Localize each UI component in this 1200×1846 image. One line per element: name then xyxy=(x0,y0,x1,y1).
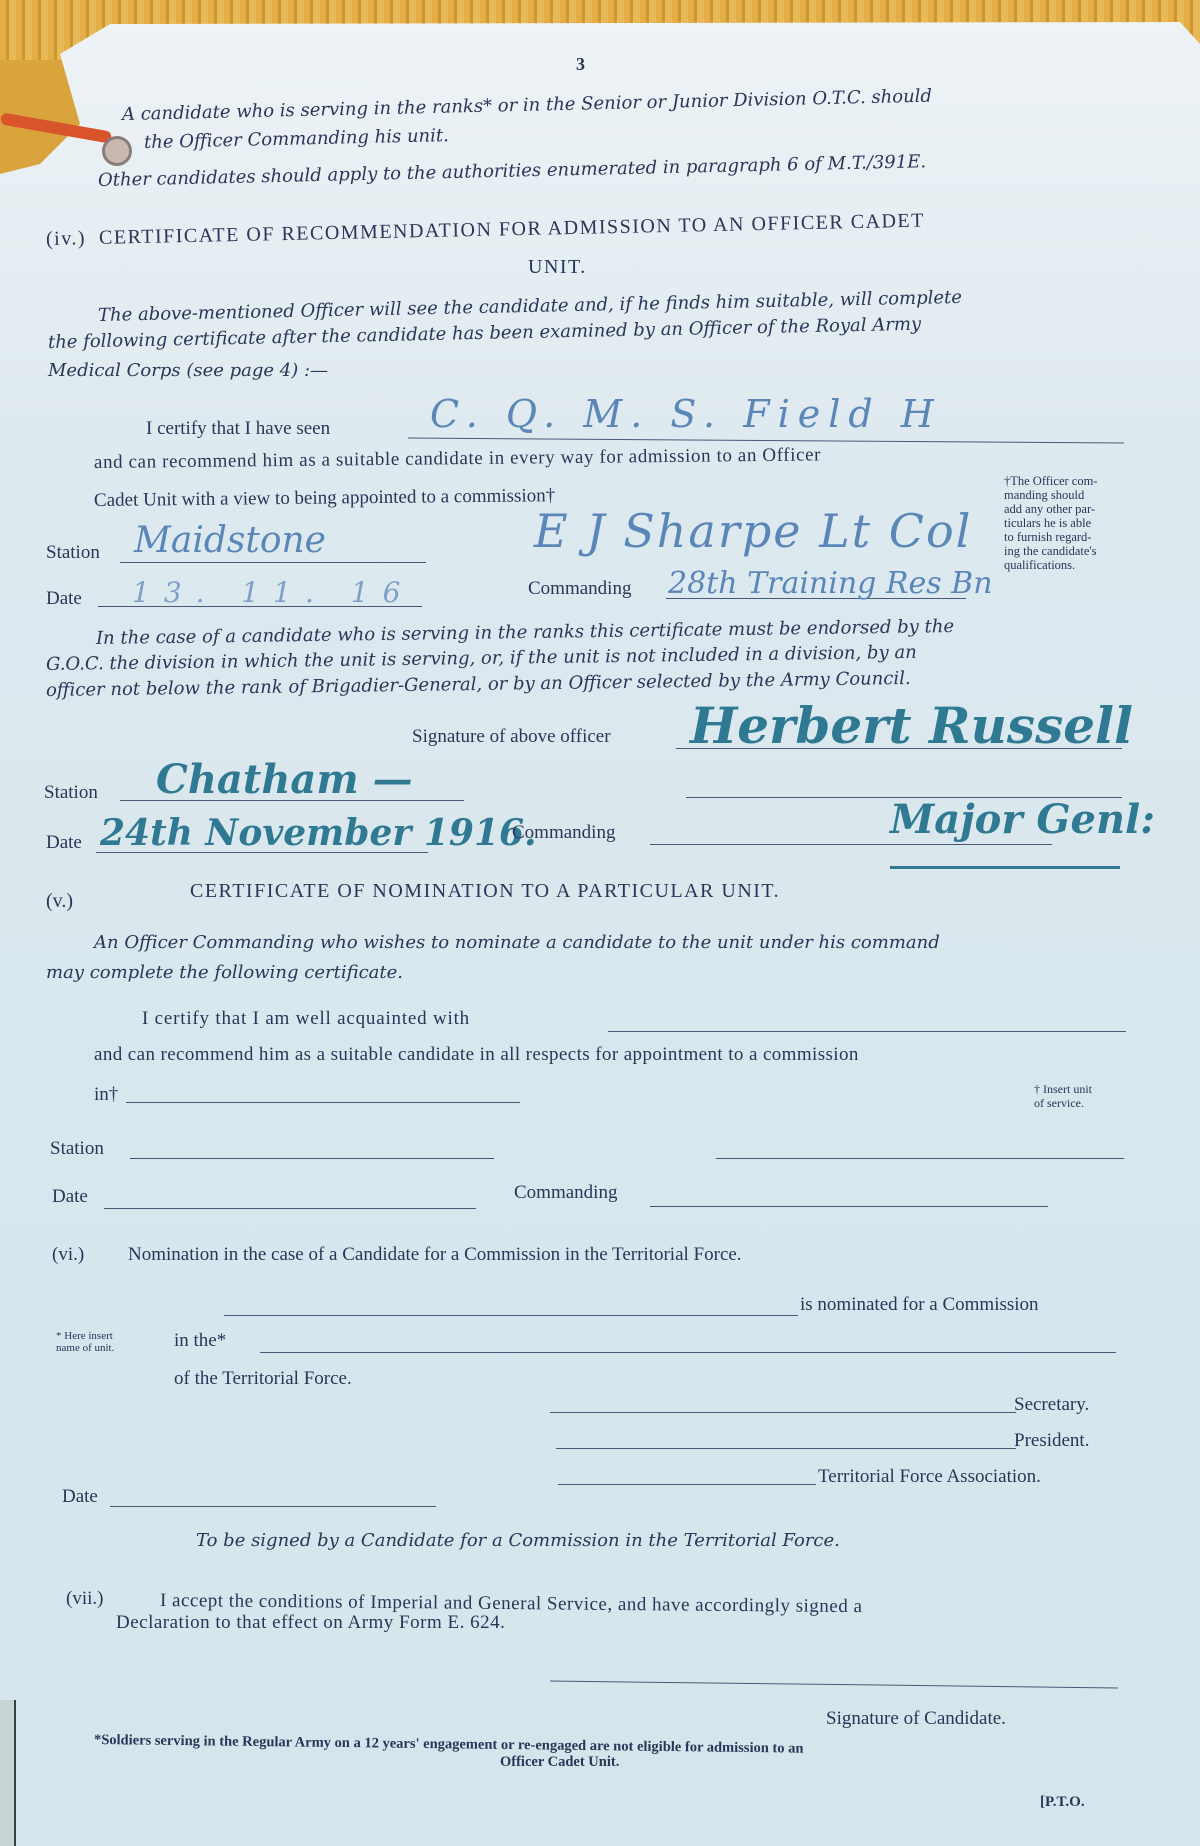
commanding-label: Commanding xyxy=(528,578,631,600)
date-field[interactable]: 13. 11. 16 xyxy=(132,576,415,609)
section-v-title: CERTIFICATE OF NOMINATION TO A PARTICULA… xyxy=(190,880,780,903)
section-v-station-label: Station xyxy=(50,1138,104,1160)
section-vi-date-field[interactable] xyxy=(110,1506,436,1507)
page-number: 3 xyxy=(576,54,585,75)
candidate-signature-label: Signature of Candidate. xyxy=(826,1708,1006,1730)
section-vi-title: Nomination in the case of a Candidate fo… xyxy=(128,1244,742,1266)
endorsement-commanding-underline xyxy=(890,866,1120,869)
section-v-recommend-line: and can recommend him as a suitable cand… xyxy=(94,1044,859,1066)
certify-seen-label: I certify that I have seen xyxy=(146,418,330,440)
acquainted-field[interactable] xyxy=(608,1031,1126,1032)
please-turn-over: [P.T.O. xyxy=(1040,1794,1085,1811)
association-label: Territorial Force Association. xyxy=(818,1466,1041,1488)
endorsement-commanding-field[interactable]: Major Genl: xyxy=(890,796,1155,843)
section-vi-date-label: Date xyxy=(62,1486,98,1508)
association-field[interactable] xyxy=(558,1484,816,1485)
section-v-date-field[interactable] xyxy=(104,1208,476,1209)
date-label: Date xyxy=(46,588,82,610)
gocs-signature[interactable]: Herbert Russell xyxy=(690,696,1133,755)
endorsement-station-label: Station xyxy=(44,782,98,804)
footnote-line-2: Officer Cadet Unit. xyxy=(500,1754,619,1771)
section-iv-instructions-3: Medical Corps (see page 4) :— xyxy=(48,360,328,381)
in-unit-field[interactable] xyxy=(126,1102,520,1103)
section-v-instructions-2: may complete the following certificate. xyxy=(46,962,403,983)
president-label: President. xyxy=(1014,1430,1089,1452)
insert-unit-side-note: † Insert unit of service. xyxy=(1034,1082,1092,1110)
territorial-force-label: of the Territorial Force. xyxy=(174,1368,352,1390)
commanding-unit-field[interactable]: 28th Training Res Bn xyxy=(668,566,993,601)
section-iv-title-line-2: UNIT. xyxy=(528,256,587,279)
endorsement-commanding-label: Commanding xyxy=(512,822,615,844)
section-vii-heading: To be signed by a Candidate for a Commis… xyxy=(196,1530,840,1551)
section-v-commanding-field[interactable] xyxy=(650,1206,1048,1207)
section-v-commanding-label: Commanding xyxy=(514,1182,617,1204)
endorsement-commanding-line xyxy=(650,844,1052,845)
section-vi-number: (vi.) xyxy=(52,1244,84,1266)
nominated-label: is nominated for a Commission xyxy=(800,1294,1039,1316)
secretary-label: Secretary. xyxy=(1014,1394,1089,1416)
nominee-field[interactable] xyxy=(224,1315,798,1316)
signature-above-officer-label: Signature of above officer xyxy=(412,726,611,748)
in-the-label: in the* xyxy=(174,1330,226,1352)
acquainted-label: I certify that I am well acquainted with xyxy=(142,1008,470,1030)
endorsement-station-field[interactable]: Chatham — xyxy=(156,756,413,803)
section-vii-number: (vii.) xyxy=(66,1588,103,1610)
section-v-instructions-1: An Officer Commanding who wishes to nomi… xyxy=(94,932,940,953)
section-v-number: (v.) xyxy=(46,890,73,913)
endorsement-date-label: Date xyxy=(46,832,82,854)
section-iv-number: (iv.) xyxy=(46,227,87,250)
officer-side-note: †The Officer com- manding should add any… xyxy=(1004,474,1097,572)
unit-name-field[interactable] xyxy=(260,1352,1116,1353)
insert-unit-name-side-note: * Here insert name of unit. xyxy=(56,1330,114,1354)
station-line xyxy=(120,562,426,563)
in-unit-label: in† xyxy=(94,1084,118,1106)
commanding-officer-signature[interactable]: E J Sharpe Lt Col xyxy=(534,504,972,558)
president-field[interactable] xyxy=(556,1448,1016,1449)
punch-hole-eyelet-icon xyxy=(102,136,132,166)
secretary-field[interactable] xyxy=(550,1412,1016,1413)
station-label: Station xyxy=(46,542,100,564)
section-v-station-field[interactable] xyxy=(130,1158,494,1159)
section-v-signature-field[interactable] xyxy=(716,1158,1124,1159)
section-v-date-label: Date xyxy=(52,1186,88,1208)
candidate-name-field[interactable]: C. Q. M. S. Field H xyxy=(430,392,942,436)
station-field[interactable]: Maidstone xyxy=(134,520,326,561)
document-page xyxy=(0,14,1200,1846)
section-vii-text-2: Declaration to that effect on Army Form … xyxy=(116,1612,505,1634)
page-edge xyxy=(0,1700,16,1846)
endorsement-date-field[interactable]: 24th November 1916. xyxy=(100,812,537,854)
